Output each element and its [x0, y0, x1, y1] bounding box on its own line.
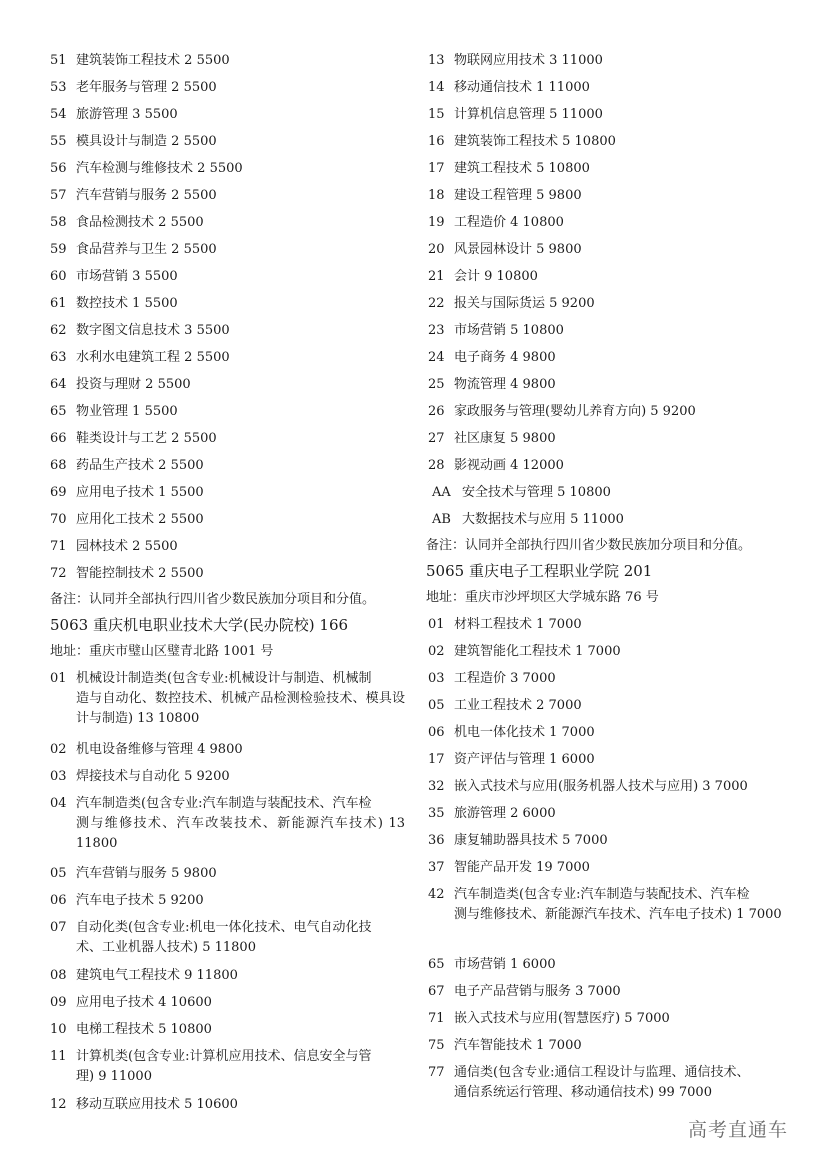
list-item: 12移动互联应用技术 5 10600	[50, 1095, 238, 1115]
list-item: 32嵌入式技术与应用(服务机器人技术与应用) 3 7000	[428, 777, 748, 797]
item-code: 56	[50, 159, 76, 179]
item-text-cont: 测与维修技术、汽车改装技术、新能源汽车技术) 13 11800	[50, 814, 405, 854]
item-code: 51	[50, 51, 76, 71]
list-item: AB大数据技术与应用 5 11000	[432, 510, 624, 530]
list-item: 55模具设计与制造 2 5500	[50, 132, 217, 152]
item-text: 市场营销 5 10800	[454, 323, 564, 338]
item-plan: 2	[184, 53, 192, 68]
watermark-logo: 高考直通车	[688, 1115, 788, 1142]
item-code: 24	[428, 348, 454, 368]
item-fee: 5500	[184, 80, 217, 95]
item-code: 75	[428, 1036, 454, 1056]
item-code: 66	[50, 429, 76, 449]
item-code: 65	[50, 402, 76, 422]
list-item: 53老年服务与管理 2 5500	[50, 78, 217, 98]
list-item: 59食品营养与卫生 2 5500	[50, 240, 217, 260]
item-name: 鞋类设计与工艺	[76, 431, 167, 446]
item-text: 工程造价 4 10800	[454, 215, 564, 230]
item-code: AA	[432, 483, 462, 503]
item-name: 园林技术	[76, 539, 128, 554]
item-code: 02	[50, 740, 76, 760]
item-plan: 3	[132, 107, 140, 122]
school-header-5063: 5063 重庆机电职业技术大学(民办院校) 166	[50, 615, 348, 635]
item-code: 28	[428, 456, 454, 476]
list-item: 01材料工程技术 1 7000	[428, 615, 582, 635]
list-item: 11计算机类(包含专业:计算机应用技术、信息安全与管理) 9 11000	[50, 1047, 405, 1087]
item-plan: 3	[184, 323, 192, 338]
item-code: 20	[428, 240, 454, 260]
list-item: 06汽车电子技术 5 9200	[50, 891, 204, 911]
list-item: 35旅游管理 2 6000	[428, 804, 556, 824]
item-code: 12	[50, 1095, 76, 1115]
item-code: 11	[50, 1047, 76, 1067]
remark-note: 备注：认同并全部执行四川省少数民族加分项目和分值。	[426, 536, 751, 556]
item-name: 投资与理财	[76, 377, 141, 392]
list-item: AA安全技术与管理 5 10800	[432, 483, 611, 503]
item-plan: 3	[132, 269, 140, 284]
item-text-cont: 理) 9 11000	[50, 1067, 405, 1087]
list-item: 54旅游管理 3 5500	[50, 105, 178, 125]
item-code: 03	[428, 669, 454, 689]
item-text: 旅游管理 2 6000	[454, 806, 556, 821]
item-text: 应用电子技术 4 10600	[76, 995, 212, 1010]
item-code: 26	[428, 402, 454, 422]
item-code: 63	[50, 348, 76, 368]
item-plan: 2	[171, 80, 179, 95]
list-item: 70应用化工技术 2 5500	[50, 510, 204, 530]
list-item: 04汽车制造类(包含专业:汽车制造与装配技术、汽车检测与维修技术、汽车改装技术、…	[50, 794, 405, 854]
item-name: 建筑装饰工程技术	[76, 53, 180, 68]
list-item: 71园林技术 2 5500	[50, 537, 178, 557]
item-plan: 1	[158, 485, 166, 500]
list-item: 02机电设备维修与管理 4 9800	[50, 740, 243, 760]
item-name: 应用电子技术	[76, 485, 154, 500]
list-item: 27社区康复 5 9800	[428, 429, 556, 449]
item-fee: 5500	[171, 458, 204, 473]
list-item: 61数控技术 1 5500	[50, 294, 178, 314]
item-text: 物联网应用技术 3 11000	[454, 53, 603, 68]
list-item: 57汽车营销与服务 2 5500	[50, 186, 217, 206]
list-item: 20风景园林设计 5 9800	[428, 240, 582, 260]
list-item: 68药品生产技术 2 5500	[50, 456, 204, 476]
item-name: 汽车检测与维修技术	[76, 161, 193, 176]
item-text: 风景园林设计 5 9800	[454, 242, 582, 257]
list-item: 56汽车检测与维修技术 2 5500	[50, 159, 243, 179]
item-fee: 5500	[197, 323, 230, 338]
item-code: 55	[50, 132, 76, 152]
item-code: 35	[428, 804, 454, 824]
list-item: 37智能产品开发 19 7000	[428, 858, 590, 878]
list-item: 72智能控制技术 2 5500	[50, 564, 204, 584]
item-plan: 2	[171, 242, 179, 257]
item-fee: 5500	[171, 512, 204, 527]
list-item: 15计算机信息管理 5 11000	[428, 105, 603, 125]
item-code: 08	[50, 966, 76, 986]
item-code: 62	[50, 321, 76, 341]
list-item: 06机电一体化技术 1 7000	[428, 723, 595, 743]
item-fee: 5500	[171, 485, 204, 500]
item-code: 02	[428, 642, 454, 662]
item-plan: 2	[132, 539, 140, 554]
item-fee: 5500	[171, 215, 204, 230]
item-plan: 1	[132, 296, 140, 311]
item-text: 移动通信技术 1 11000	[454, 80, 590, 95]
list-item: 13物联网应用技术 3 11000	[428, 51, 603, 71]
item-text: 计算机类(包含专业:计算机应用技术、信息安全与管	[76, 1049, 371, 1064]
item-text: 工业工程技术 2 7000	[454, 698, 582, 713]
item-code: 01	[428, 615, 454, 635]
item-text: 会计 9 10800	[454, 269, 538, 284]
item-text: 焊接技术与自动化 5 9200	[76, 769, 230, 784]
item-fee: 5500	[210, 161, 243, 176]
item-code: 27	[428, 429, 454, 449]
item-fee: 5500	[171, 566, 204, 581]
item-plan: 2	[158, 458, 166, 473]
item-text: 材料工程技术 1 7000	[454, 617, 582, 632]
list-item: 63水利水电建筑工程 2 5500	[50, 348, 230, 368]
list-item: 16建筑装饰工程技术 5 10800	[428, 132, 616, 152]
item-plan: 2	[158, 215, 166, 230]
item-text: 安全技术与管理 5 10800	[462, 485, 611, 500]
item-text: 电梯工程技术 5 10800	[76, 1022, 212, 1037]
item-code: 21	[428, 267, 454, 287]
item-text: 移动互联应用技术 5 10600	[76, 1097, 238, 1112]
item-code: 72	[50, 564, 76, 584]
item-code: 36	[428, 831, 454, 851]
item-text: 建筑装饰工程技术 5 10800	[454, 134, 616, 149]
item-plan: 2	[197, 161, 205, 176]
item-fee: 5500	[158, 377, 191, 392]
school-address-5063: 地址：重庆市璧山区璧青北路 1001 号	[50, 642, 273, 662]
list-item: 28影视动画 4 12000	[428, 456, 564, 476]
list-item: 18建设工程管理 5 9800	[428, 186, 582, 206]
item-text: 汽车营销与服务 5 9800	[76, 866, 217, 881]
item-code: 67	[428, 982, 454, 1002]
item-code: 65	[428, 955, 454, 975]
item-name: 应用化工技术	[76, 512, 154, 527]
item-text: 建设工程管理 5 9800	[454, 188, 582, 203]
list-item: 05汽车营销与服务 5 9800	[50, 864, 217, 884]
list-item: 07自动化类(包含专业:机电一体化技术、电气自动化技术、工业机器人技术) 5 1…	[50, 918, 405, 958]
list-item: 75汽车智能技术 1 7000	[428, 1036, 582, 1056]
item-code: 60	[50, 267, 76, 287]
item-text: 社区康复 5 9800	[454, 431, 556, 446]
item-text: 电子产品营销与服务 3 7000	[454, 984, 621, 999]
item-text: 通信类(包含专业:通信工程设计与监理、通信技术、	[454, 1065, 749, 1080]
list-item: 64投资与理财 2 5500	[50, 375, 191, 395]
item-code: 23	[428, 321, 454, 341]
item-code: 37	[428, 858, 454, 878]
item-code: 64	[50, 375, 76, 395]
remark-note: 备注：认同并全部执行四川省少数民族加分项目和分值。	[50, 590, 375, 610]
item-code: 06	[428, 723, 454, 743]
item-code: 15	[428, 105, 454, 125]
list-item: 10电梯工程技术 5 10800	[50, 1020, 212, 1040]
list-item: 09应用电子技术 4 10600	[50, 993, 212, 1013]
item-name: 汽车营销与服务	[76, 188, 167, 203]
item-code: 09	[50, 993, 76, 1013]
item-name: 水利水电建筑工程	[76, 350, 180, 365]
item-text: 家政服务与管理(婴幼儿养育方向) 5 9200	[454, 404, 696, 419]
list-item: 22报关与国际货运 5 9200	[428, 294, 595, 314]
list-item: 08建筑电气工程技术 9 11800	[50, 966, 238, 986]
list-item: 77通信类(包含专业:通信工程设计与监理、通信技术、通信系统运行管理、移动通信技…	[428, 1063, 783, 1103]
item-text: 报关与国际货运 5 9200	[454, 296, 595, 311]
item-fee: 5500	[184, 242, 217, 257]
item-code: 13	[428, 51, 454, 71]
item-text: 汽车制造类(包含专业:汽车制造与装配技术、汽车检	[454, 887, 749, 902]
item-fee: 5500	[184, 134, 217, 149]
item-text: 智能产品开发 19 7000	[454, 860, 590, 875]
list-item: 65市场营销 1 6000	[428, 955, 556, 975]
item-name: 模具设计与制造	[76, 134, 167, 149]
item-code: 77	[428, 1063, 454, 1083]
item-text: 大数据技术与应用 5 11000	[462, 512, 624, 527]
item-name: 食品检测技术	[76, 215, 154, 230]
item-text: 物流管理 4 9800	[454, 377, 556, 392]
item-code: 69	[50, 483, 76, 503]
item-name: 智能控制技术	[76, 566, 154, 581]
item-text: 计算机信息管理 5 11000	[454, 107, 603, 122]
item-text: 机械设计制造类(包含专业:机械设计与制造、机械制	[76, 671, 371, 686]
item-code: 71	[428, 1009, 454, 1029]
list-item: 19工程造价 4 10800	[428, 213, 564, 233]
item-code: 53	[50, 78, 76, 98]
item-name: 市场营销	[76, 269, 128, 284]
item-code: 22	[428, 294, 454, 314]
list-item: 23市场营销 5 10800	[428, 321, 564, 341]
item-text: 建筑电气工程技术 9 11800	[76, 968, 238, 983]
item-code: 19	[428, 213, 454, 233]
item-text: 资产评估与管理 1 6000	[454, 752, 595, 767]
item-text: 汽车智能技术 1 7000	[454, 1038, 582, 1053]
list-item: 01机械设计制造类(包含专业:机械设计与制造、机械制造与自动化、数控技术、机械产…	[50, 669, 405, 729]
item-fee: 5500	[145, 296, 178, 311]
item-code: 06	[50, 891, 76, 911]
list-item: 25物流管理 4 9800	[428, 375, 556, 395]
item-plan: 2	[158, 566, 166, 581]
item-code: 04	[50, 794, 76, 814]
item-code: 57	[50, 186, 76, 206]
list-item: 58食品检测技术 2 5500	[50, 213, 204, 233]
item-code: 61	[50, 294, 76, 314]
item-code: 70	[50, 510, 76, 530]
item-fee: 5500	[197, 53, 230, 68]
item-code: AB	[432, 510, 462, 530]
item-text-cont: 术、工业机器人技术) 5 11800	[50, 938, 405, 958]
item-code: 58	[50, 213, 76, 233]
list-item: 03焊接技术与自动化 5 9200	[50, 767, 230, 787]
item-code: 07	[50, 918, 76, 938]
item-code: 68	[50, 456, 76, 476]
list-item: 60市场营销 3 5500	[50, 267, 178, 287]
item-code: 03	[50, 767, 76, 787]
list-item: 62数字图文信息技术 3 5500	[50, 321, 230, 341]
item-code: 05	[428, 696, 454, 716]
item-plan: 2	[171, 188, 179, 203]
item-text: 汽车制造类(包含专业:汽车制造与装配技术、汽车检	[76, 796, 371, 811]
item-text-cont: 通信系统运行管理、移动通信技术) 99 7000	[428, 1083, 783, 1103]
item-code: 14	[428, 78, 454, 98]
item-plan: 2	[158, 512, 166, 527]
item-plan: 2	[171, 134, 179, 149]
item-text: 建筑工程技术 5 10800	[454, 161, 590, 176]
list-item: 65物业管理 1 5500	[50, 402, 178, 422]
item-text: 机电设备维修与管理 4 9800	[76, 742, 243, 757]
item-fee: 5500	[197, 350, 230, 365]
item-text: 汽车电子技术 5 9200	[76, 893, 204, 908]
item-code: 17	[428, 750, 454, 770]
item-code: 16	[428, 132, 454, 152]
list-item: 71嵌入式技术与应用(智慧医疗) 5 7000	[428, 1009, 670, 1029]
item-plan: 2	[184, 350, 192, 365]
list-item: 05工业工程技术 2 7000	[428, 696, 582, 716]
item-text: 嵌入式技术与应用(智慧医疗) 5 7000	[454, 1011, 670, 1026]
list-item: 67电子产品营销与服务 3 7000	[428, 982, 621, 1002]
list-item: 69应用电子技术 1 5500	[50, 483, 204, 503]
list-item: 26家政服务与管理(婴幼儿养育方向) 5 9200	[428, 402, 696, 422]
item-fee: 5500	[184, 431, 217, 446]
item-text: 电子商务 4 9800	[454, 350, 556, 365]
item-text: 自动化类(包含专业:机电一体化技术、电气自动化技	[76, 920, 371, 935]
item-name: 数字图文信息技术	[76, 323, 180, 338]
school-header-5065: 5065 重庆电子工程职业学院 201	[426, 561, 652, 581]
item-plan: 2	[171, 431, 179, 446]
list-item: 14移动通信技术 1 11000	[428, 78, 590, 98]
item-code: 05	[50, 864, 76, 884]
item-plan: 2	[145, 377, 153, 392]
item-code: 32	[428, 777, 454, 797]
item-code: 42	[428, 885, 454, 905]
list-item: 51建筑装饰工程技术 2 5500	[50, 51, 230, 71]
item-name: 旅游管理	[76, 107, 128, 122]
item-name: 数控技术	[76, 296, 128, 311]
item-name: 物业管理	[76, 404, 128, 419]
item-name: 食品营养与卫生	[76, 242, 167, 257]
item-code: 71	[50, 537, 76, 557]
item-plan: 1	[132, 404, 140, 419]
item-code: 10	[50, 1020, 76, 1040]
list-item: 21会计 9 10800	[428, 267, 538, 287]
item-fee: 5500	[145, 269, 178, 284]
item-text-cont: 测与维修技术、新能源汽车技术、汽车电子技术) 1 7000	[428, 905, 783, 925]
school-address-5065: 地址：重庆市沙坪坝区大学城东路 76 号	[426, 588, 659, 608]
list-item: 66鞋类设计与工艺 2 5500	[50, 429, 217, 449]
item-fee: 5500	[184, 188, 217, 203]
item-fee: 5500	[145, 107, 178, 122]
list-item: 17资产评估与管理 1 6000	[428, 750, 595, 770]
list-item: 42汽车制造类(包含专业:汽车制造与装配技术、汽车检测与维修技术、新能源汽车技术…	[428, 885, 783, 925]
list-item: 03工程造价 3 7000	[428, 669, 556, 689]
item-code: 17	[428, 159, 454, 179]
item-text-cont: 造与自动化、数控技术、机械产品检测检验技术、模具设计与制造) 13 10800	[50, 689, 405, 729]
item-text: 嵌入式技术与应用(服务机器人技术与应用) 3 7000	[454, 779, 748, 794]
item-fee: 5500	[145, 404, 178, 419]
item-text: 市场营销 1 6000	[454, 957, 556, 972]
list-item: 17建筑工程技术 5 10800	[428, 159, 590, 179]
item-code: 25	[428, 375, 454, 395]
item-fee: 5500	[145, 539, 178, 554]
list-item: 24电子商务 4 9800	[428, 348, 556, 368]
item-name: 老年服务与管理	[76, 80, 167, 95]
item-text: 康复辅助器具技术 5 7000	[454, 833, 608, 848]
item-text: 工程造价 3 7000	[454, 671, 556, 686]
item-name: 药品生产技术	[76, 458, 154, 473]
item-code: 01	[50, 669, 76, 689]
item-code: 59	[50, 240, 76, 260]
item-code: 54	[50, 105, 76, 125]
item-text: 机电一体化技术 1 7000	[454, 725, 595, 740]
item-text: 影视动画 4 12000	[454, 458, 564, 473]
item-text: 建筑智能化工程技术 1 7000	[454, 644, 621, 659]
item-code: 18	[428, 186, 454, 206]
list-item: 36康复辅助器具技术 5 7000	[428, 831, 608, 851]
list-item: 02建筑智能化工程技术 1 7000	[428, 642, 621, 662]
